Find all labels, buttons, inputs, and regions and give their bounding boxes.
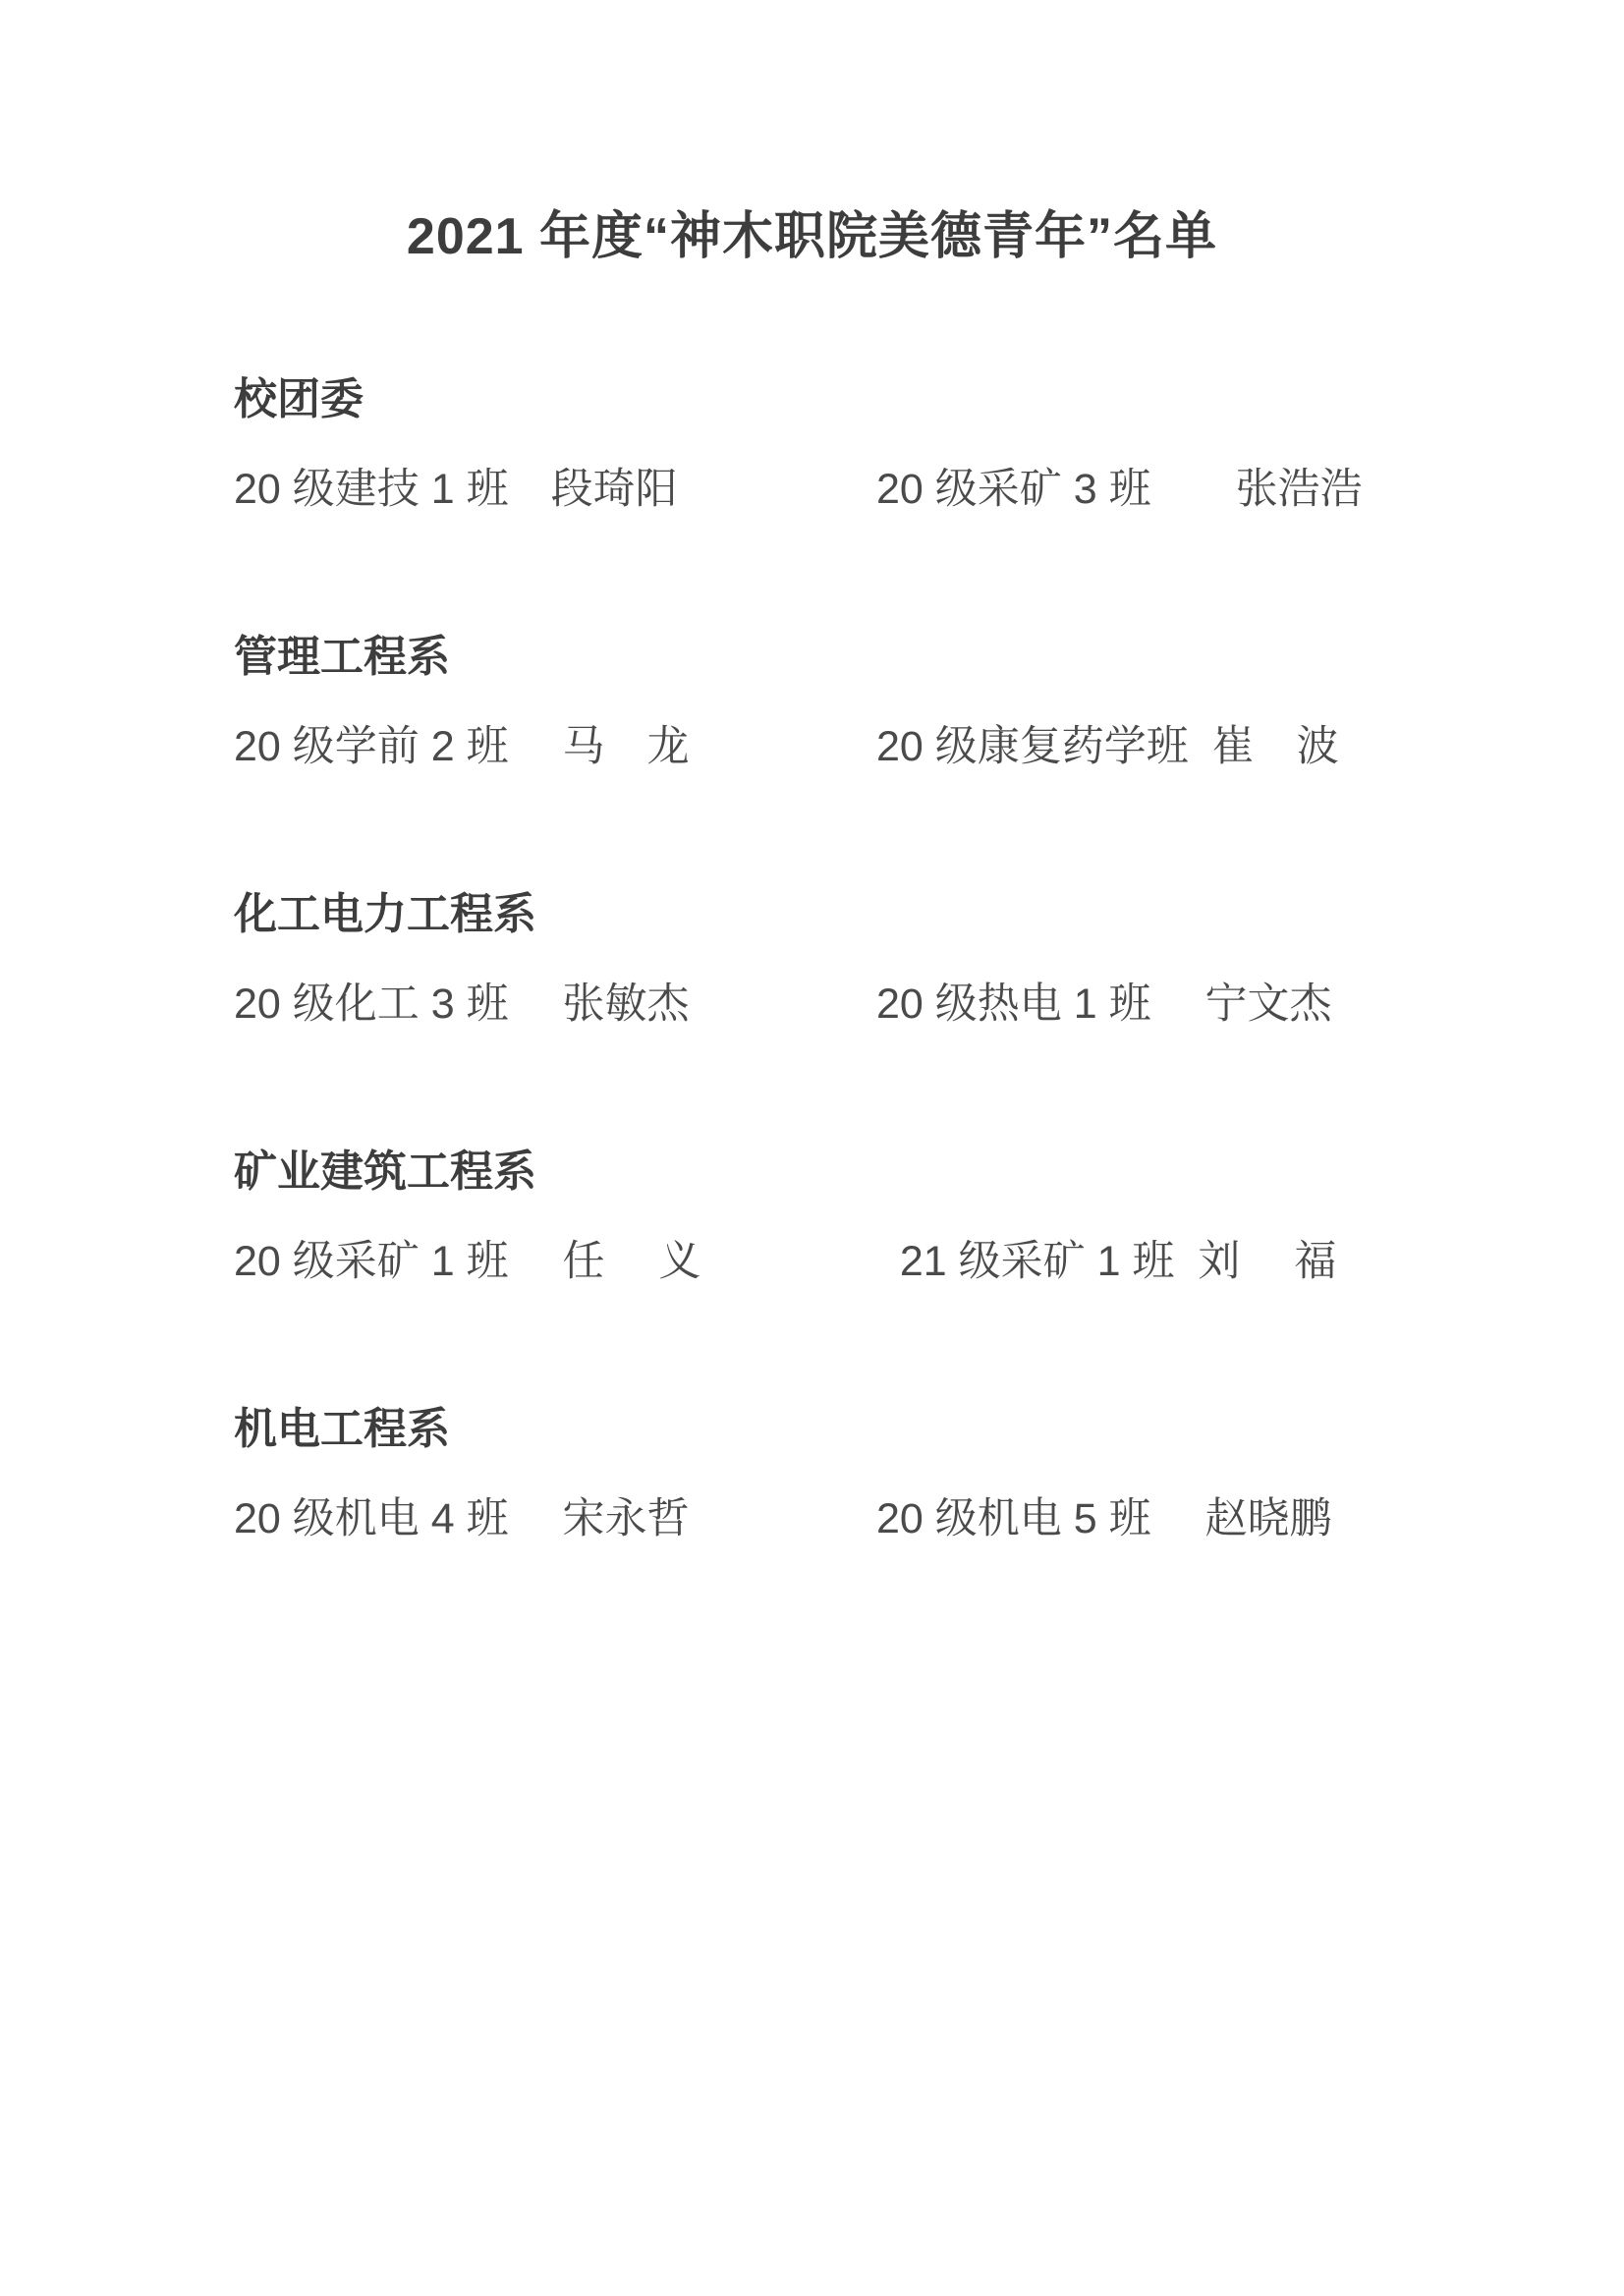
awardee-entry-right: 21 级采矿 1 班 刘 福 [876,1240,1506,1283]
awardee-entry-right: 20 级康复药学班 崔 波 [876,725,1506,768]
department-heading: 化工电力工程系 [234,893,1506,936]
department-heading: 矿业建筑工程系 [234,1150,1506,1194]
awardee-entry-left: 20 级建技 1 班 段琦阳 [234,468,876,511]
department-section: 管理工程系 20 级学前 2 班 马 龙 20 级康复药学班 崔 波 [234,636,1506,768]
department-section: 矿业建筑工程系 20 级采矿 1 班 任 义 21 级采矿 1 班 刘 福 [234,1150,1506,1283]
awardee-row: 20 级化工 3 班 张敏杰 20 级热电 1 班 宁文杰 [234,982,1506,1026]
awardee-rows: 20 级采矿 1 班 任 义 21 级采矿 1 班 刘 福 [234,1240,1506,1283]
awardee-rows: 20 级建技 1 班 段琦阳 20 级采矿 3 班 张浩浩 [234,468,1506,511]
awardee-row: 20 级学前 2 班 马 龙 20 级康复药学班 崔 波 [234,725,1506,768]
department-section: 机电工程系 20 级机电 4 班 宋永哲 20 级机电 5 班 赵晓鹏 [234,1408,1506,1540]
awardee-row: 20 级采矿 1 班 任 义 21 级采矿 1 班 刘 福 [234,1240,1506,1283]
awardee-entry-left: 20 级学前 2 班 马 龙 [234,725,876,768]
awardee-entry-left: 20 级采矿 1 班 任 义 [234,1240,876,1283]
page-title: 2021 年度“神木职院美德青年”名单 [0,0,1624,262]
awardee-rows: 20 级学前 2 班 马 龙 20 级康复药学班 崔 波 [234,725,1506,768]
awardee-entry-left: 20 级机电 4 班 宋永哲 [234,1497,876,1540]
awardee-entry-right: 20 级采矿 3 班 张浩浩 [876,468,1506,511]
awardee-row: 20 级建技 1 班 段琦阳 20 级采矿 3 班 张浩浩 [234,468,1506,511]
awardee-entry-right: 20 级机电 5 班 赵晓鹏 [876,1497,1506,1540]
department-heading: 管理工程系 [234,636,1506,679]
awardee-rows: 20 级化工 3 班 张敏杰 20 级热电 1 班 宁文杰 [234,982,1506,1026]
department-heading: 校团委 [234,378,1506,421]
awardee-entry-left: 20 级化工 3 班 张敏杰 [234,982,876,1026]
document-page: 2021 年度“神木职院美德青年”名单 校团委 20 级建技 1 班 段琦阳 2… [0,0,1624,2296]
awardee-entry-right: 20 级热电 1 班 宁文杰 [876,982,1506,1026]
awardee-row: 20 级机电 4 班 宋永哲 20 级机电 5 班 赵晓鹏 [234,1497,1506,1540]
awardee-rows: 20 级机电 4 班 宋永哲 20 级机电 5 班 赵晓鹏 [234,1497,1506,1540]
sections-container: 校团委 20 级建技 1 班 段琦阳 20 级采矿 3 班 张浩浩 管理工程系 … [0,378,1624,1540]
department-section: 化工电力工程系 20 级化工 3 班 张敏杰 20 级热电 1 班 宁文杰 [234,893,1506,1026]
department-heading: 机电工程系 [234,1408,1506,1451]
department-section: 校团委 20 级建技 1 班 段琦阳 20 级采矿 3 班 张浩浩 [234,378,1506,511]
